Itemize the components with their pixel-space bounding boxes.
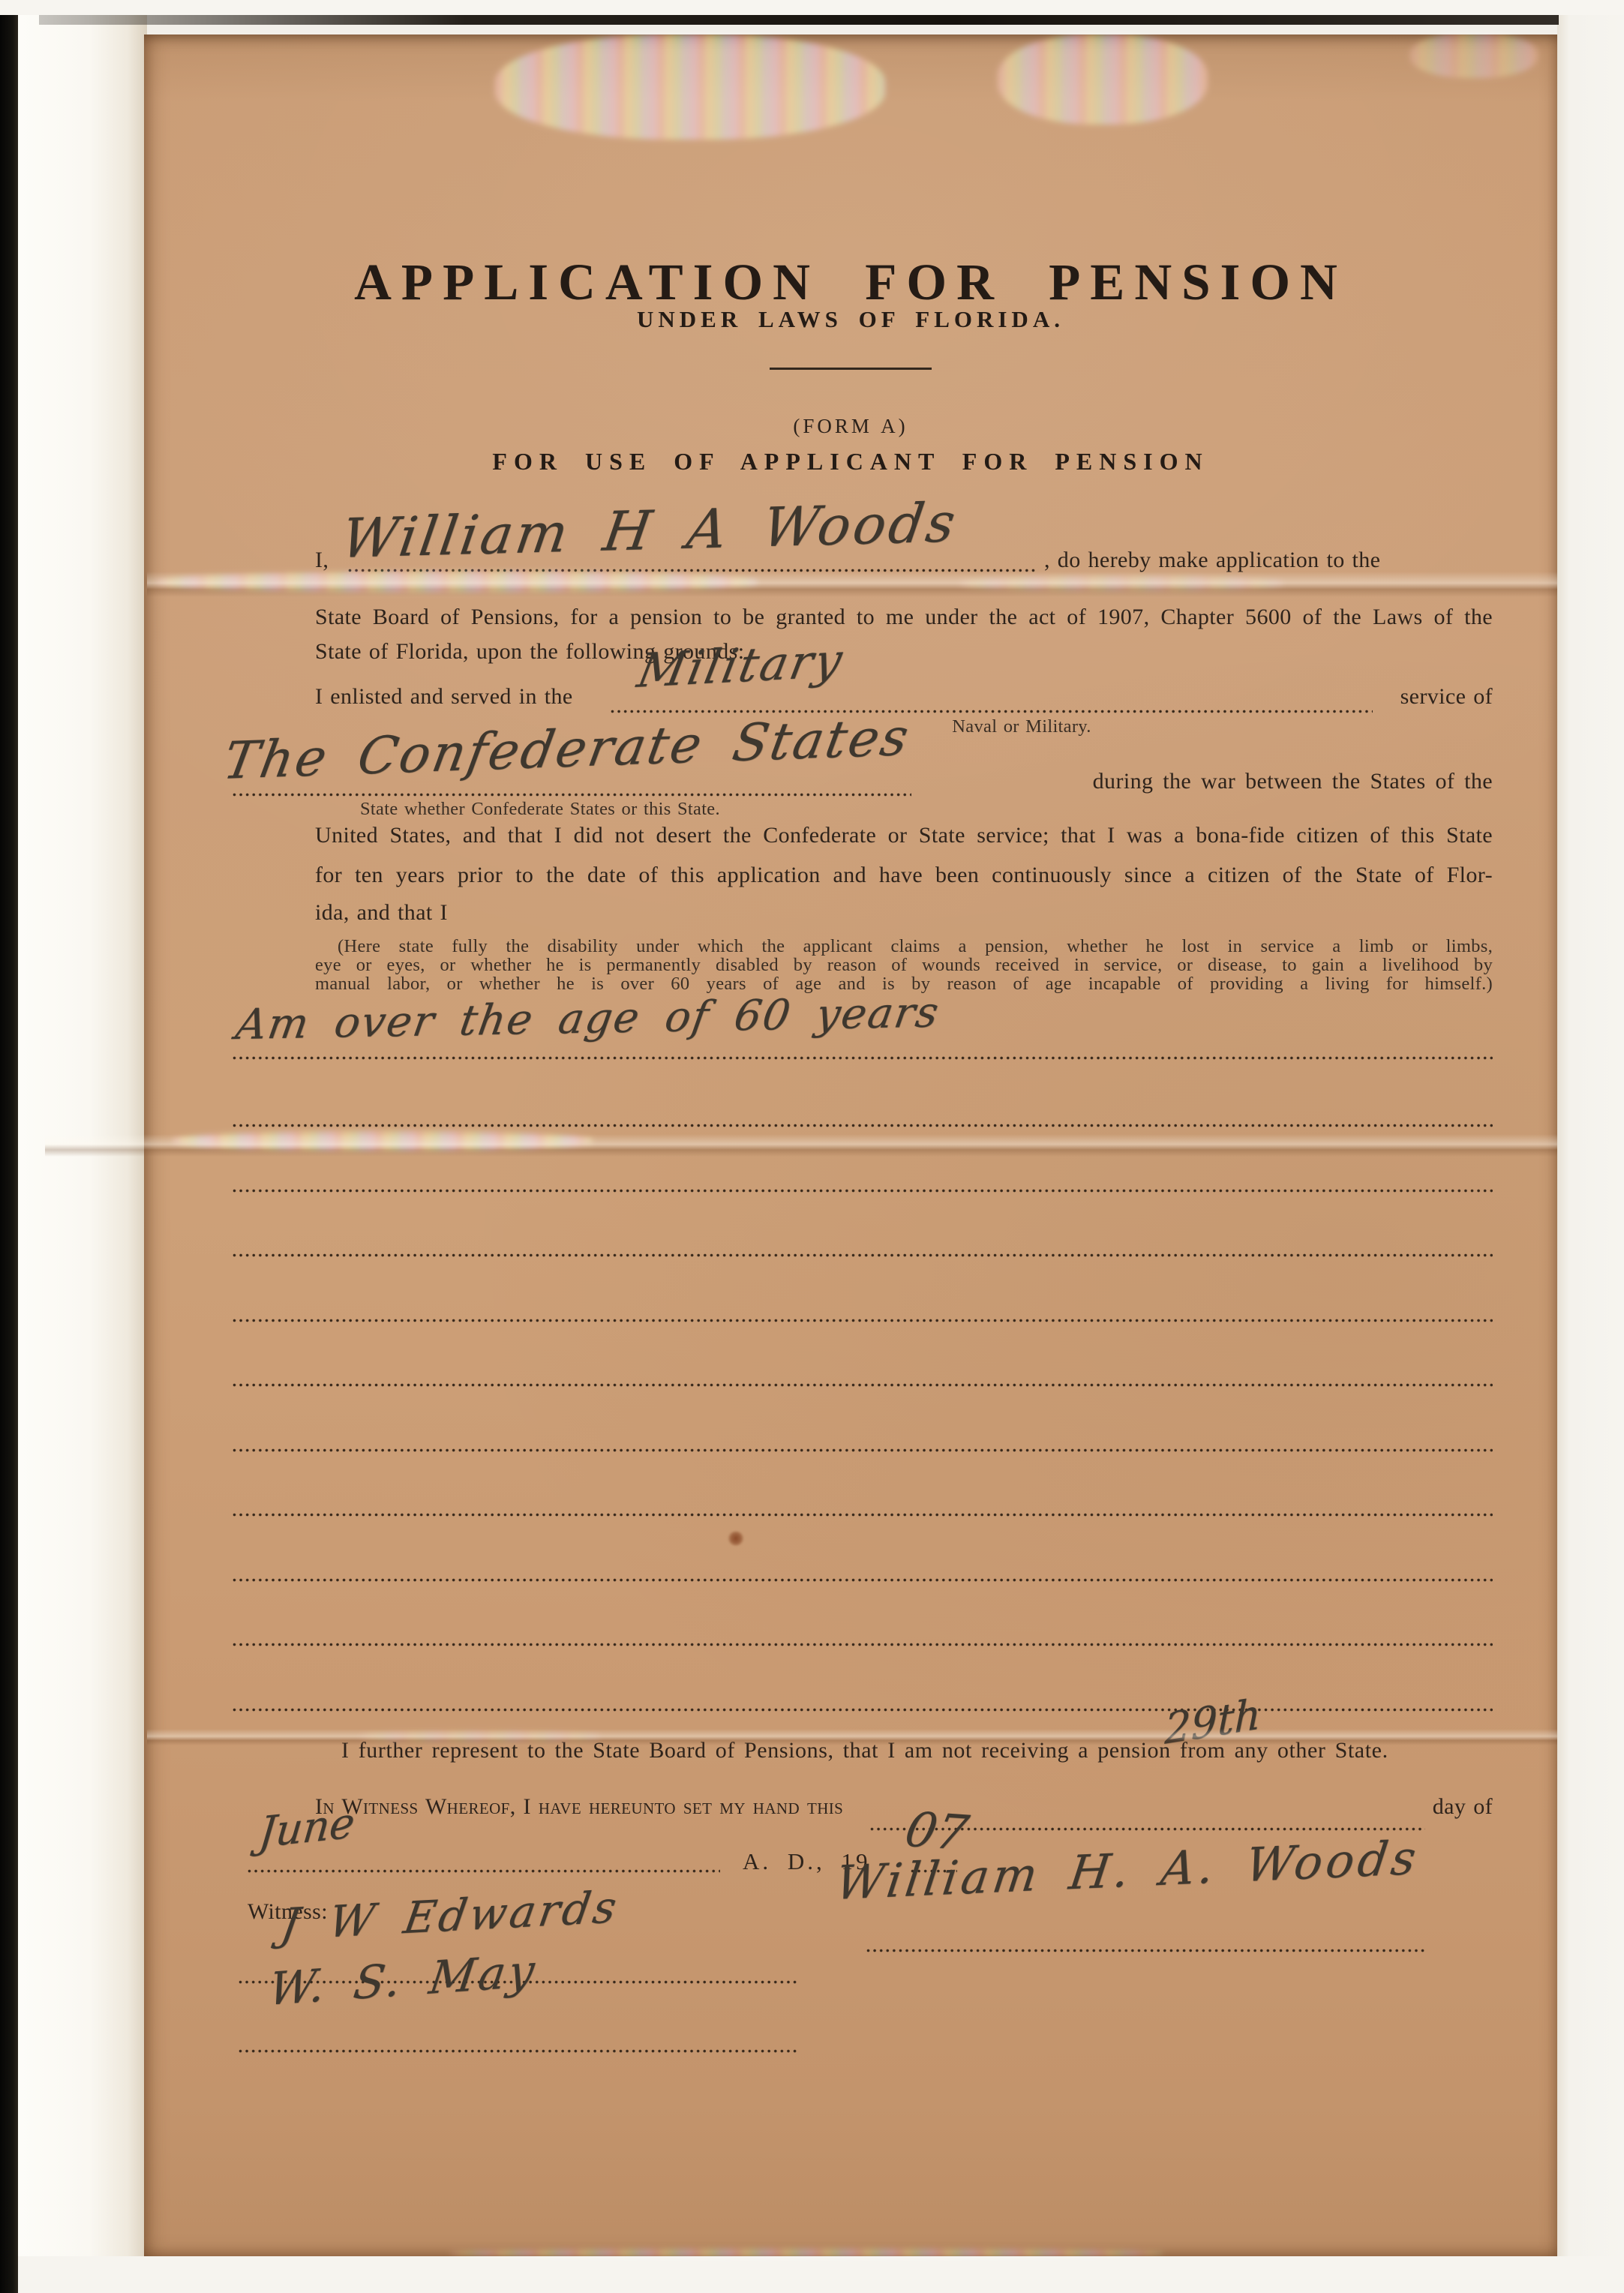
witness2-dotted-line — [239, 2049, 800, 2053]
blank-dotted-line-4 — [233, 1319, 1493, 1322]
disability-note-line2: eye or eyes, or whether he is permanentl… — [315, 955, 1493, 976]
blank-dotted-line-3 — [233, 1253, 1493, 1257]
enlisted-prefix: I enlisted and served in the — [315, 684, 573, 710]
form-a-label: (FORM A) — [144, 415, 1557, 438]
intro-line2: State Board of Pensions, for a pension t… — [315, 605, 1493, 631]
body-line2: for ten years prior to the date of this … — [315, 863, 1493, 889]
divider-rule — [770, 368, 932, 370]
scan-glare-top-2 — [998, 35, 1208, 125]
blank-dotted-line-10 — [233, 1708, 1493, 1712]
page-top-shadow-line — [39, 15, 1559, 25]
fold-crease-3 — [147, 1729, 1557, 1745]
naval-or-military-label: Naval or Military. — [894, 716, 1149, 737]
intro-suffix: , do hereby make application to the — [1044, 548, 1380, 574]
state-whether-label: State whether Confederate States or this… — [360, 799, 720, 820]
enlisted-suffix: service of — [1400, 684, 1493, 710]
body-line3: ida, and that I — [315, 900, 448, 926]
confederate-states-handwriting: The Confederate States — [219, 708, 915, 791]
witness1-signature-handwriting: J W Edwards — [278, 1881, 623, 1950]
form-title: APPLICATION FOR PENSION — [144, 253, 1557, 312]
paper-stain — [728, 1531, 744, 1546]
applicant-signature-dotted-line — [866, 1949, 1425, 1952]
fold-crease-2-glare — [173, 1131, 593, 1151]
during-suffix: during the war between the States of the — [1093, 769, 1493, 795]
service-dotted-line — [611, 710, 1373, 713]
blank-dotted-line-5 — [233, 1383, 1493, 1387]
scan-glare-top-3 — [1410, 33, 1538, 78]
form-subtitle: UNDER LAWS OF FLORIDA. — [144, 306, 1557, 333]
background-top-margin — [0, 0, 1624, 15]
body-line1: United States, and that I did not desert… — [315, 823, 1493, 849]
background-right-margin — [1557, 0, 1624, 2293]
scanned-document: APPLICATION FOR PENSION UNDER LAWS OF FL… — [0, 0, 1624, 2293]
blank-dotted-line-7 — [233, 1513, 1493, 1517]
blank-dotted-line-1 — [233, 1124, 1493, 1127]
service-branch-handwriting: Military — [633, 632, 848, 698]
witness2-signature-handwriting: W. S. May — [266, 1944, 541, 2016]
month-dotted-line — [248, 1869, 720, 1873]
blank-dotted-line-6 — [233, 1448, 1493, 1452]
background-bottom-margin — [18, 2256, 1624, 2293]
state-dotted-line — [233, 793, 911, 797]
fold-crease-1-glare-a — [158, 572, 758, 593]
answer-dotted-line — [233, 1056, 1493, 1060]
intro-prefix: I, — [315, 548, 329, 574]
blank-dotted-line-8 — [233, 1578, 1493, 1582]
bottom-edge-glare — [450, 2249, 1163, 2258]
blank-dotted-line-9 — [233, 1643, 1493, 1646]
month-handwriting: June — [257, 1799, 357, 1858]
blank-dotted-line-2 — [233, 1189, 1493, 1193]
day-suffix: day of — [1433, 1794, 1493, 1820]
scanner-bed-strip — [0, 0, 18, 2293]
disability-note-line1: (Here state fully the disability under w… — [338, 936, 1493, 957]
in-witness-prefix: In Witness Whereof, I have hereunto set … — [315, 1794, 843, 1820]
form-use-label: FOR USE OF APPLICANT FOR PENSION — [144, 448, 1557, 476]
applicant-name-handwriting: William H A Woods — [338, 491, 962, 570]
disability-answer-handwriting: Am over the age of 60 years — [233, 988, 943, 1049]
fold-crease-3-glare — [360, 1731, 600, 1742]
fold-crease-1-glare-b — [960, 576, 1283, 591]
scan-glare-top-1 — [495, 35, 885, 140]
